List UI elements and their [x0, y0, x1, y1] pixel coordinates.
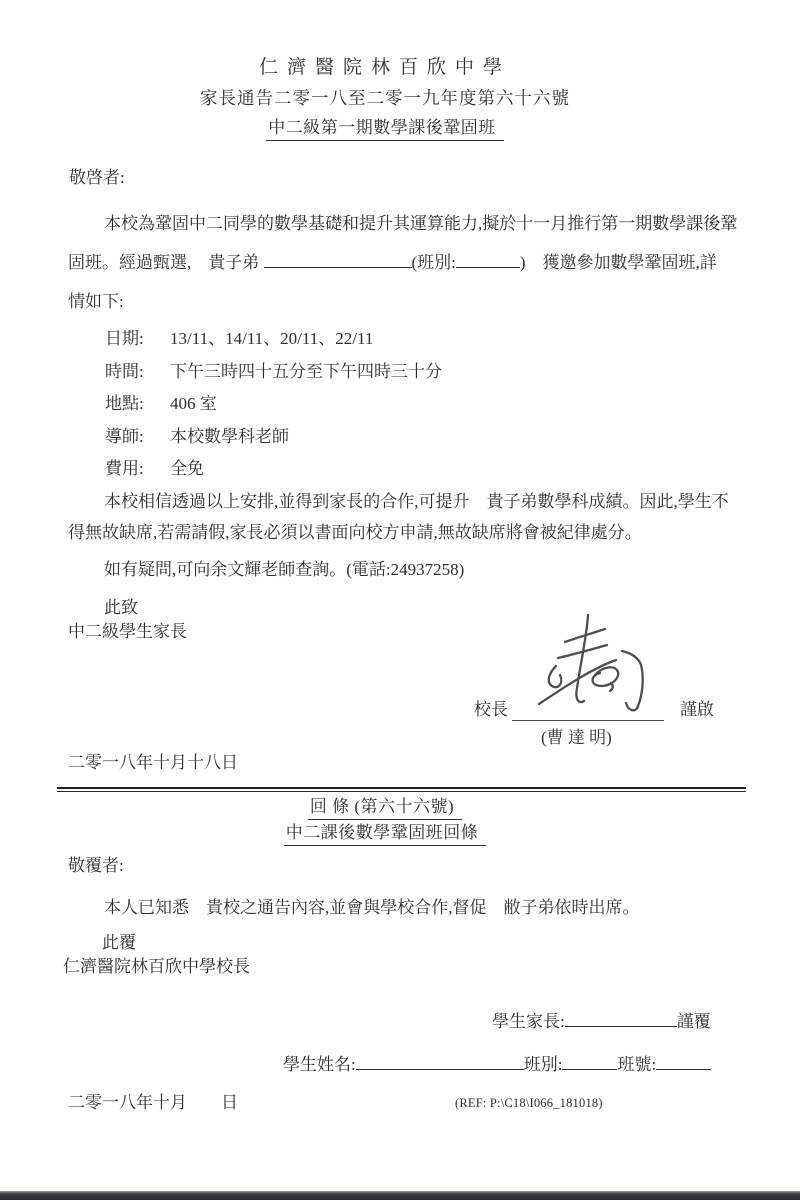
detail-value-tutor: 本校數學科老師	[170, 427, 289, 446]
student-info-row: 學生姓名:班別:班號:	[283, 1054, 711, 1075]
parent-signature-row: 學生家長:謹覆	[492, 1011, 711, 1032]
notice-para1-line2: 固班。經過甄選, 貴子弟 (班別:) 獲邀參加數學鞏固班,詳	[68, 252, 717, 273]
notice-para2-line2: 得無故缺席,若需請假,家長必須以書面向校方申請,無故缺席將會被紀律處分。	[68, 522, 642, 543]
detail-label-time: 時間:	[105, 361, 170, 382]
class-no-label: 班號:	[617, 1055, 656, 1074]
detail-row-tutor: 導師:本校數學科老師	[105, 426, 289, 447]
notice-contact-line: 如有疑問,可向余文輝老師查詢。(電話:24937258)	[104, 559, 464, 580]
para1-line2-text3: ) 獲邀參加數學鞏固班,詳	[520, 253, 717, 272]
notice-para2-line1: 本校相信透過以上安排,並得到家長的合作,可提升 貴子弟數學科成績。因此,學生不	[104, 491, 729, 512]
ref-code: (REF: P:\C18\I066_181018)	[455, 1096, 603, 1112]
scanned-notice-page: 仁濟醫院林百欣中學 家長通告二零一八至二零一九年度第六十六號 中二級第一期數學課…	[0, 0, 800, 1200]
detail-row-date: 日期:13/11、14/11、20/11、22/11	[105, 328, 373, 349]
notice-salutation: 敬啓者:	[69, 167, 125, 188]
detail-value-time: 下午三時四十五分至下午四時三十分	[170, 362, 442, 381]
detail-label-tutor: 導師:	[105, 426, 170, 447]
student-name-label: 學生姓名:	[283, 1055, 356, 1074]
principal-label: 校長	[474, 699, 508, 720]
scan-edge-bar	[0, 1191, 800, 1200]
para1-line2-text2: (班別:	[412, 253, 456, 272]
detail-label-date: 日期:	[105, 328, 170, 349]
notice-para1-line1: 本校為鞏固中二同學的數學基礎和提升其運算能力,擬於十一月推行第一期數學課後鞏	[104, 213, 737, 234]
detail-row-time: 時間:下午三時四十五分至下午四時三十分	[105, 361, 442, 382]
principal-signature	[525, 612, 660, 722]
blank-parent-signature	[565, 1011, 677, 1027]
reply-title: 回 條 (第六十六號)	[308, 797, 462, 820]
detail-value-fee: 全免	[170, 459, 204, 478]
detail-row-venue: 地點:406 室	[105, 393, 217, 414]
class-label: 班別:	[524, 1055, 563, 1074]
detail-label-fee: 費用:	[105, 458, 170, 479]
blank-class-field	[456, 252, 520, 268]
notice-closing-recipient: 中二級學生家長	[68, 621, 187, 642]
detail-row-fee: 費用:全免	[105, 458, 204, 479]
blank-class-no	[656, 1054, 711, 1070]
notice-closing-cizhi: 此致	[104, 597, 138, 618]
reply-body: 本人已知悉 貴校之通告內容,並會與學校合作,督促 敝子弟依時出席。	[104, 897, 640, 918]
reply-title-row: 回 條 (第六十六號)	[0, 796, 770, 817]
school-name: 仁濟醫院林百欣中學	[0, 56, 770, 80]
signature-line	[512, 720, 664, 721]
detail-value-date: 13/11、14/11、20/11、22/11	[170, 329, 373, 348]
notice-subject: 中二級第一期數學課後鞏固班	[266, 118, 504, 141]
reply-closing-recipient: 仁濟醫院林百欣中學校長	[63, 956, 250, 977]
parent-sign-label: 學生家長:	[492, 1012, 565, 1031]
detail-label-venue: 地點:	[105, 393, 170, 414]
parent-signoff: 謹覆	[677, 1012, 711, 1031]
principal-name: (曹 達 明)	[541, 727, 612, 748]
para1-line2-text1: 固班。經過甄選, 貴子弟	[68, 253, 259, 272]
notice-date: 二零一八年十月十八日	[68, 752, 238, 773]
detail-value-venue: 406 室	[170, 394, 217, 413]
notice-subject-row: 中二級第一期數學課後鞏固班	[0, 117, 770, 138]
section-divider	[57, 787, 746, 792]
reply-date: 二零一八年十月 日	[68, 1092, 238, 1113]
notice-para1-line3: 情如下:	[68, 291, 124, 312]
blank-student-name-field	[264, 252, 412, 268]
principal-signoff: 謹啟	[680, 699, 714, 720]
notice-number: 家長通告二零一八至二零一九年度第六十六號	[0, 88, 770, 110]
blank-class	[562, 1054, 617, 1070]
blank-student-name	[356, 1054, 524, 1070]
reply-subtitle-row: 中二課後數學鞏固班回條	[0, 822, 770, 843]
reply-closing-cifu: 此覆	[102, 932, 136, 953]
reply-salutation: 敬覆者:	[68, 855, 124, 876]
reply-subtitle: 中二課後數學鞏固班回條	[284, 823, 487, 846]
